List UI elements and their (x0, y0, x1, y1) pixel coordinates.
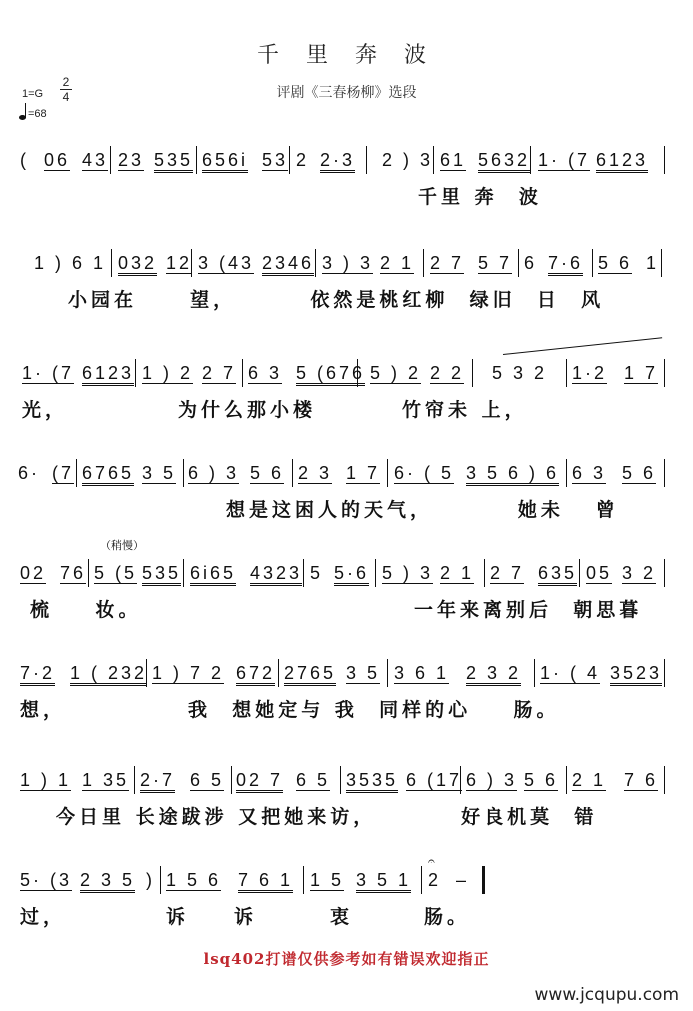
bar-line (110, 146, 111, 174)
note-group: 6 3 (572, 463, 606, 484)
notes-line: 1 ) 6 1032123 (4323463 ) 32 12 75 767·65… (0, 243, 693, 283)
bar-line (664, 559, 665, 587)
note-group: 5 ) 2 (370, 363, 421, 384)
note-group: 5·6 (334, 563, 369, 586)
note-group: 12 (166, 253, 192, 274)
bar-line (303, 866, 304, 894)
note-group: 3523 (610, 663, 662, 686)
score-row: 5· (32 3 5)1 5 67 6 11 53 5 12–𝄐过，诉诉衷肠。 (0, 860, 693, 950)
bar-line (231, 766, 232, 794)
note-group: 5 7 (478, 253, 512, 274)
lyric-text: 小园在 望， 依然是桃红柳 绿旧 日 风 (68, 285, 604, 312)
note-group: 635 (538, 563, 577, 586)
note-group: 2765 (284, 663, 336, 686)
note-group: 06 (44, 150, 70, 171)
bar-line (518, 249, 519, 277)
note-group: 5 3 2 (492, 363, 547, 383)
notes-line: 02765 (55356i65432355·65 ) 32 12 7635053… (0, 553, 693, 593)
note-group: 1 5 (310, 870, 344, 891)
score-row: 6·(767653 56 ) 35 62 31 76· ( 53 5 6 ) 6… (0, 453, 693, 543)
bar-line (146, 659, 147, 687)
note-group: 5 6 (622, 463, 656, 484)
note-group: 1· (7 (538, 150, 590, 171)
lyric-text: 为什么那小楼 (178, 395, 316, 422)
lyric-text: 想， (20, 695, 66, 722)
notes-line: 5· (32 3 5)1 5 67 6 11 53 5 12–𝄐 (0, 860, 693, 900)
tempo-value: =68 (28, 108, 47, 120)
bar-line (183, 559, 184, 587)
lyric-text: 衷 (330, 902, 353, 929)
note-group: 7·2 (20, 663, 55, 686)
note-group: 1 ) 1 (20, 770, 71, 791)
note-group: 5 (676 (296, 363, 365, 386)
lyric-text: 过， (20, 902, 66, 929)
bar-line (183, 459, 184, 487)
tempo-marking: =68 (18, 104, 47, 120)
score-row: 1 ) 11 352·76 502 76 535356 (176 ) 35 62… (0, 760, 693, 850)
note-group: 3 5 (346, 663, 380, 684)
bar-line (387, 659, 388, 687)
note-group: 6 5 (296, 770, 330, 791)
note-group: 2 2 (430, 363, 464, 384)
note-group: 5 (310, 563, 323, 583)
note-group: 3 6 1 (394, 663, 449, 684)
score-row: 02765 (55356i65432355·65 ) 32 12 7635053… (0, 553, 693, 643)
note-group: 2·7 (140, 770, 175, 793)
note-group: 2 (428, 870, 441, 890)
note-group: 1 35 (82, 770, 129, 791)
note-group: 3 5 1 (356, 870, 411, 893)
note-group: 1·2 (572, 363, 607, 384)
bar-line (88, 559, 89, 587)
bar-line (472, 359, 473, 387)
note-group: 2 3 (298, 463, 332, 484)
note-group: 2 7 (202, 363, 236, 384)
bar-line (664, 659, 665, 687)
note-group: 1 ) 7 2 (152, 663, 224, 684)
bar-line (423, 249, 424, 277)
note-group: 2 7 (490, 563, 524, 584)
note-group: 6 5 (190, 770, 224, 791)
note-group: 05 (586, 563, 612, 584)
time-signature-bottom: 4 (60, 91, 72, 103)
bar-line (433, 146, 434, 174)
bar-line (579, 559, 580, 587)
note-group: 5 6 (250, 463, 284, 484)
bar-line (375, 559, 376, 587)
lyric-text: 光， (22, 395, 68, 422)
notes-line: 6·(767653 56 ) 35 62 31 76· ( 53 5 6 ) 6… (0, 453, 693, 493)
note-group: 1 ( 232 (70, 663, 147, 686)
note-group: 2·3 (320, 150, 355, 173)
note-group: 5 ) 3 (382, 563, 433, 584)
note-group: ) (146, 870, 155, 890)
note-group: 6 (17 (406, 770, 462, 791)
note-group: 5· (3 (20, 870, 72, 891)
note-group: 5632 (478, 150, 530, 173)
bar-line (664, 146, 665, 174)
note-group: 5 6 (524, 770, 558, 791)
note-group: 7·6 (548, 253, 583, 276)
time-signature: 2 4 (60, 76, 72, 103)
bar-line (566, 459, 567, 487)
note-group: 3 2 (622, 563, 656, 584)
song-title: 千 里 奔 波 (0, 38, 693, 69)
note-group: ( (20, 150, 29, 170)
note-group: 2 7 (430, 253, 464, 274)
note-group: 02 (20, 563, 46, 584)
final-bar-line (482, 866, 485, 894)
bar-line (191, 249, 192, 277)
note-group: 3 (43 (198, 253, 254, 274)
bar-line (530, 146, 531, 174)
note-group: 6· (18, 463, 40, 483)
bar-line (661, 249, 662, 277)
bar-line (303, 559, 304, 587)
bar-line (196, 146, 197, 174)
time-signature-top: 2 (60, 76, 72, 88)
note-group: 3 5 (142, 463, 176, 484)
note-group: 7 6 (624, 770, 658, 791)
note-group: 6i65 (190, 563, 236, 586)
note-group: 1· (7 (22, 363, 74, 384)
lyric-text: 千里 奔 波 (418, 182, 542, 209)
note-group: 672 (236, 663, 275, 686)
bar-line (76, 459, 77, 487)
note-group: 6765 (82, 463, 134, 486)
song-subtitle: 评剧《三春杨柳》选段 (0, 82, 693, 102)
bar-line (421, 866, 422, 894)
note-group: 6 ) 3 (466, 770, 517, 791)
bar-line (664, 459, 665, 487)
bar-line (387, 459, 388, 487)
bar-line (278, 659, 279, 687)
lyric-text: 今日里 长途跋涉 又把她来访， 好良机莫 错 (56, 802, 597, 829)
note-group: 1 ) 2 (142, 363, 193, 384)
note-group: 2346 (262, 253, 314, 276)
lyric-text: 诉 (234, 902, 257, 929)
note-group: 2 (296, 150, 309, 170)
note-group: 2 ) 3 (382, 150, 433, 170)
bar-line (340, 766, 341, 794)
note-group: 1 ) 6 1 (34, 253, 106, 273)
bar-line (242, 359, 243, 387)
fermata-icon: 𝄐 (428, 854, 435, 869)
bar-line (292, 459, 293, 487)
bar-line (664, 766, 665, 794)
note-group: 535 (154, 150, 193, 173)
note-group: 5 (5 (94, 563, 137, 584)
note-group: 6 (524, 253, 537, 273)
note-group: 6· ( 5 (394, 463, 454, 484)
note-group: 61 (440, 150, 466, 171)
score-row: (064323535656i5322·32 ) 36156321· (76123… (0, 140, 693, 230)
note-group: 2 3 2 (466, 663, 521, 686)
note-group: 4323 (250, 563, 302, 586)
note-group: 3 ) 3 (322, 253, 373, 274)
note-group: 1· ( 4 (540, 663, 600, 684)
notes-line: 7·21 ( 2321 ) 7 267227653 53 6 12 3 21· … (0, 653, 693, 693)
note-group: 6123 (596, 150, 648, 173)
note-group: 6 3 (248, 363, 282, 384)
bar-line (484, 559, 485, 587)
site-watermark: www.jcqupu.com (535, 985, 679, 1005)
lyric-text: 竹帘未 上， (402, 395, 528, 422)
bar-line (664, 359, 665, 387)
bar-line (366, 146, 367, 174)
note-group: 53 (262, 150, 288, 171)
notes-line: 1· (761231 ) 22 76 35 (6765 ) 22 25 3 21… (0, 353, 693, 393)
bar-line (566, 766, 567, 794)
score-row: 1 ) 6 1032123 (4323463 ) 32 12 75 767·65… (0, 243, 693, 333)
lyric-text: 肠。 (424, 902, 470, 929)
bar-line (566, 359, 567, 387)
note-group: 3535 (346, 770, 398, 793)
note-group: 1 7 (624, 363, 658, 384)
note-group: 2 1 (572, 770, 606, 791)
note-group: 02 7 (236, 770, 283, 793)
lyric-text: 梳 妆。 (30, 595, 141, 622)
key-signature: 1=G (22, 88, 43, 100)
note-group: 2 3 5 (80, 870, 135, 893)
bar-line (111, 249, 112, 277)
note-group: 535 (142, 563, 181, 586)
tempo-change-marking: （稍慢） (100, 537, 144, 553)
bar-line (160, 866, 161, 894)
note-group: 1 7 (346, 463, 380, 484)
note-group: 5 6 (598, 253, 632, 274)
lyric-text: 一年来离别后 朝思暮 (414, 595, 642, 622)
note-group: 032 (118, 253, 157, 276)
notes-line: 1 ) 11 352·76 502 76 535356 (176 ) 35 62… (0, 760, 693, 800)
note-group: – (456, 870, 469, 890)
note-group: 1 5 6 (166, 870, 221, 891)
bar-line (315, 249, 316, 277)
lyric-text: 想是这困人的天气， 她未 曾 (226, 495, 619, 522)
bar-line (135, 359, 136, 387)
quarter-note-icon (18, 104, 28, 120)
bar-line (357, 359, 358, 387)
lyric-text: 诉 (166, 902, 189, 929)
note-group: 7 6 1 (238, 870, 293, 893)
bar-line (289, 146, 290, 174)
note-group: 3 5 6 ) 6 (466, 463, 559, 486)
note-group: (7 (52, 463, 74, 484)
score-row: 7·21 ( 2321 ) 7 267227653 53 6 12 3 21· … (0, 653, 693, 743)
note-group: 1 (646, 253, 659, 273)
bar-line (134, 766, 135, 794)
note-group: 6 ) 3 (188, 463, 239, 484)
bar-line (534, 659, 535, 687)
notes-line: (064323535656i5322·32 ) 36156321· (76123 (0, 140, 693, 180)
credit-note: lsq402打谱仅供参考如有错误欢迎指正 (0, 948, 693, 969)
note-group: 2 1 (440, 563, 474, 584)
lyric-text: 我 想她定与 我 同样的心 肠。 (188, 695, 560, 722)
bar-line (460, 766, 461, 794)
note-group: 656i (202, 150, 248, 173)
note-group: 76 (60, 563, 86, 584)
note-group: 2 1 (380, 253, 414, 274)
score-row: 1· (761231 ) 22 76 35 (6765 ) 22 25 3 21… (0, 353, 693, 443)
note-group: 6123 (82, 363, 134, 386)
note-group: 43 (82, 150, 108, 171)
note-group: 23 (118, 150, 144, 171)
bar-line (592, 249, 593, 277)
